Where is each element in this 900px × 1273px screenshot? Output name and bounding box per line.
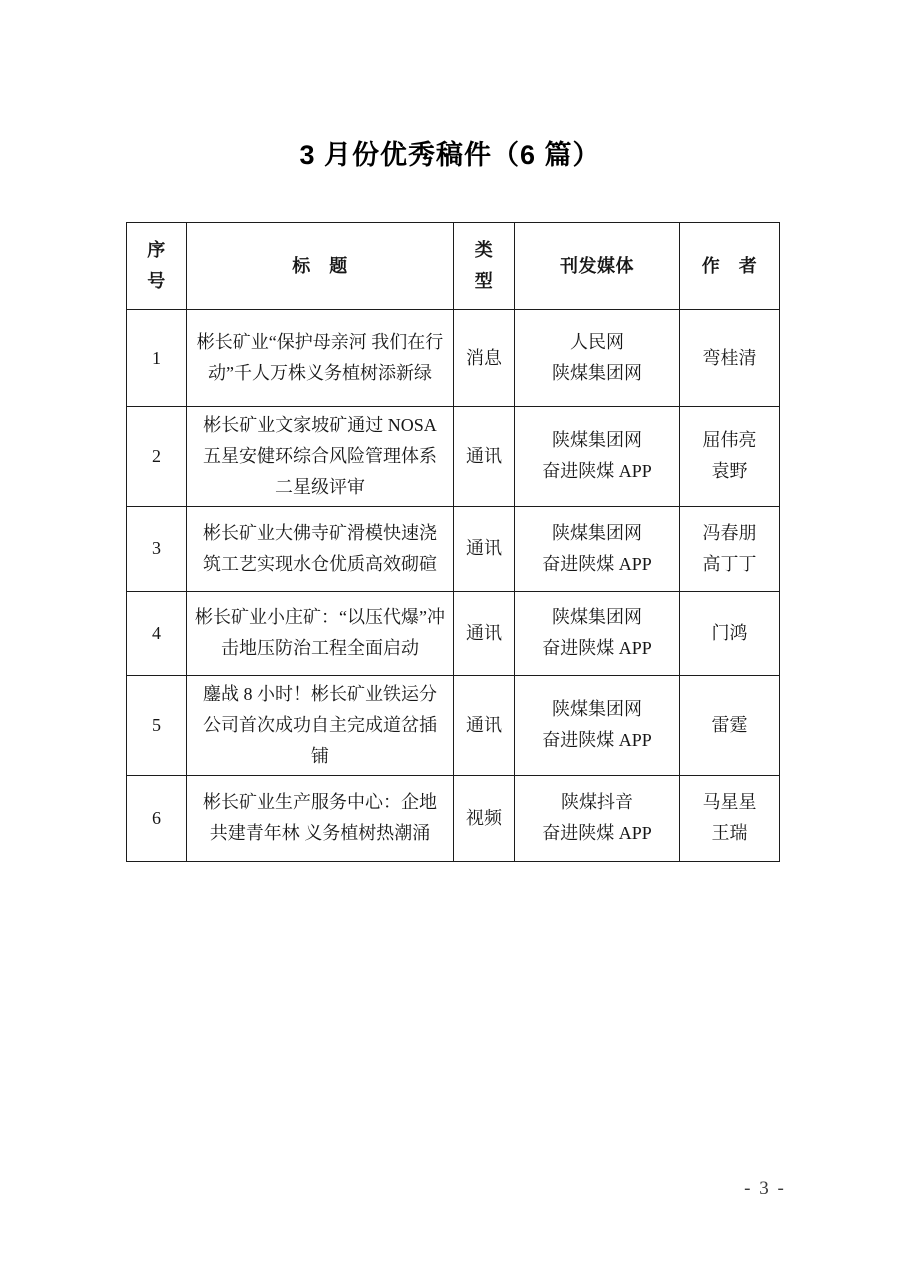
cell-serial: 1 bbox=[127, 310, 187, 407]
cell-serial: 2 bbox=[127, 407, 187, 507]
cell-type: 通讯 bbox=[454, 675, 515, 775]
column-header-author: 作 者 bbox=[680, 223, 780, 310]
cell-author: 马星星 王瑞 bbox=[680, 775, 780, 861]
cell-serial: 3 bbox=[127, 506, 187, 591]
cell-title: 鏖战 8 小时！彬长矿业铁运分公司首次成功自主完成道岔插铺 bbox=[187, 675, 454, 775]
cell-title: 彬长矿业生产服务中心：企地共建青年林 义务植树热潮涌 bbox=[187, 775, 454, 861]
cell-media: 人民网 陕煤集团网 bbox=[515, 310, 680, 407]
cell-media: 陕煤抖音 奋进陕煤 APP bbox=[515, 775, 680, 861]
column-header-type: 类 型 bbox=[454, 223, 515, 310]
articles-table: 序 号 标 题 类 型 刊发媒体 作 者 1 彬长矿业“保护母亲河 我们在行动”… bbox=[126, 222, 780, 862]
cell-title: 彬长矿业“保护母亲河 我们在行动”千人万株义务植树添新绿 bbox=[187, 310, 454, 407]
cell-title: 彬长矿业小庄矿：“以压代爆”冲击地压防治工程全面启动 bbox=[187, 591, 454, 675]
cell-media: 陕煤集团网 奋进陕煤 APP bbox=[515, 407, 680, 507]
cell-title: 彬长矿业文家坡矿通过 NOSA 五星安健环综合风险管理体系二星级评审 bbox=[187, 407, 454, 507]
cell-media: 陕煤集团网 奋进陕煤 APP bbox=[515, 675, 680, 775]
table-row: 2 彬长矿业文家坡矿通过 NOSA 五星安健环综合风险管理体系二星级评审 通讯 … bbox=[127, 407, 780, 507]
cell-media: 陕煤集团网 奋进陕煤 APP bbox=[515, 591, 680, 675]
table-row: 3 彬长矿业大佛寺矿滑模快速浇筑工艺实现水仓优质高效砌碹 通讯 陕煤集团网 奋进… bbox=[127, 506, 780, 591]
table-row: 5 鏖战 8 小时！彬长矿业铁运分公司首次成功自主完成道岔插铺 通讯 陕煤集团网… bbox=[127, 675, 780, 775]
document-page: 3 月份优秀稿件（6 篇） 序 号 标 题 类 型 刊发媒体 作 者 1 彬长矿… bbox=[0, 0, 900, 1273]
table-row: 1 彬长矿业“保护母亲河 我们在行动”千人万株义务植树添新绿 消息 人民网 陕煤… bbox=[127, 310, 780, 407]
cell-type: 消息 bbox=[454, 310, 515, 407]
cell-type: 视频 bbox=[454, 775, 515, 861]
cell-title: 彬长矿业大佛寺矿滑模快速浇筑工艺实现水仓优质高效砌碹 bbox=[187, 506, 454, 591]
cell-author: 屈伟亮 袁野 bbox=[680, 407, 780, 507]
cell-author: 冯春朋 高丁丁 bbox=[680, 506, 780, 591]
cell-serial: 4 bbox=[127, 591, 187, 675]
cell-media: 陕煤集团网 奋进陕煤 APP bbox=[515, 506, 680, 591]
cell-type: 通讯 bbox=[454, 407, 515, 507]
page-number: - 3 - bbox=[700, 1178, 830, 1200]
page-title: 3 月份优秀稿件（6 篇） bbox=[0, 133, 900, 172]
column-header-no: 序 号 bbox=[127, 223, 187, 310]
table-row: 6 彬长矿业生产服务中心：企地共建青年林 义务植树热潮涌 视频 陕煤抖音 奋进陕… bbox=[127, 775, 780, 861]
cell-author: 弯桂清 bbox=[680, 310, 780, 407]
table-header-row: 序 号 标 题 类 型 刊发媒体 作 者 bbox=[127, 223, 780, 310]
cell-author: 门鸿 bbox=[680, 591, 780, 675]
cell-type: 通讯 bbox=[454, 591, 515, 675]
cell-author: 雷霆 bbox=[680, 675, 780, 775]
column-header-media: 刊发媒体 bbox=[515, 223, 680, 310]
cell-serial: 5 bbox=[127, 675, 187, 775]
column-header-title: 标 题 bbox=[187, 223, 454, 310]
cell-type: 通讯 bbox=[454, 506, 515, 591]
cell-serial: 6 bbox=[127, 775, 187, 861]
table-row: 4 彬长矿业小庄矿：“以压代爆”冲击地压防治工程全面启动 通讯 陕煤集团网 奋进… bbox=[127, 591, 780, 675]
